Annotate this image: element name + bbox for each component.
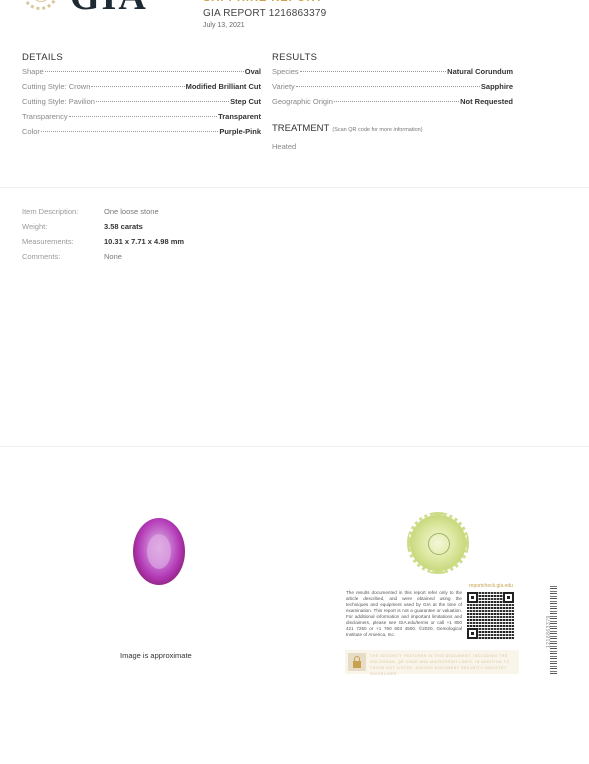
results-title: RESULTS — [272, 52, 513, 63]
detail-label: Color — [22, 127, 40, 136]
gia-hologram-seal-icon — [407, 512, 469, 574]
detail-value: Modified Brilliant Cut — [186, 82, 261, 91]
gia-seal-logo-icon — [22, 0, 58, 10]
reportcheck-link[interactable]: reportcheck.gia.edu — [469, 583, 513, 589]
detail-value: Oval — [245, 67, 261, 76]
details-section: DETAILS ShapeOval Cutting Style: CrownMo… — [22, 52, 261, 142]
info-value: None — [104, 252, 122, 267]
report-date: July 13, 2021 — [203, 22, 245, 29]
disclaimer-text: The results documented in this report re… — [346, 590, 462, 638]
security-notice: The security features in this document, … — [345, 650, 519, 674]
divider — [0, 446, 589, 447]
security-text: The security features in this document, … — [370, 653, 516, 677]
info-value: One loose stone — [104, 207, 159, 222]
barcode-number: 1216863379 — [546, 615, 552, 648]
detail-row-transparency: TransparencyTransparent — [22, 112, 261, 127]
treatment-title: TREATMENT — [272, 123, 329, 134]
report-number: GIA REPORT 1216863379 — [203, 8, 326, 19]
report-type: SAPPHIRE REPORT — [203, 0, 323, 4]
qr-finder-icon — [503, 592, 514, 603]
result-row-origin: Geographic OriginNot Requested — [272, 97, 513, 112]
treatment-heading: TREATMENT(Scan QR code for more informat… — [272, 118, 513, 136]
info-value: 3.58 carats — [104, 222, 143, 237]
info-label: Item Description: — [22, 207, 104, 222]
result-row-variety: VarietySapphire — [272, 82, 513, 97]
qr-code-icon[interactable] — [467, 592, 514, 639]
item-info: Item Description: One loose stone Weight… — [22, 207, 184, 267]
results-section: RESULTS SpeciesNatural Corundum VarietyS… — [272, 52, 513, 151]
result-row-species: SpeciesNatural Corundum — [272, 67, 513, 82]
detail-value: Transparent — [218, 112, 261, 121]
detail-value: Step Cut — [230, 97, 261, 106]
detail-row-crown: Cutting Style: CrownModified Brilliant C… — [22, 82, 261, 97]
result-value: Natural Corundum — [447, 67, 513, 76]
treatment-note: (Scan QR code for more information) — [332, 127, 422, 133]
info-label: Comments: — [22, 252, 104, 267]
treatment-value: Heated — [272, 142, 513, 151]
divider — [0, 187, 589, 188]
detail-value: Purple-Pink — [219, 127, 261, 136]
info-label: Measurements: — [22, 237, 104, 252]
lock-icon — [348, 653, 366, 671]
qr-finder-icon — [467, 628, 478, 639]
info-value: 10.31 x 7.71 x 4.98 mm — [104, 237, 184, 252]
info-row-weight: Weight: 3.58 carats — [22, 222, 184, 237]
result-label: Geographic Origin — [272, 97, 333, 106]
gia-logo: GIA — [70, 0, 148, 16]
qr-finder-icon — [467, 592, 478, 603]
result-value: Not Requested — [460, 97, 513, 106]
detail-label: Cutting Style: Pavilion — [22, 97, 95, 106]
result-value: Sapphire — [481, 82, 513, 91]
detail-label: Cutting Style: Crown — [22, 82, 90, 91]
detail-label: Shape — [22, 67, 44, 76]
gemstone-image — [133, 518, 185, 585]
result-label: Variety — [272, 82, 295, 91]
info-row-description: Item Description: One loose stone — [22, 207, 184, 222]
details-title: DETAILS — [22, 52, 261, 63]
info-label: Weight: — [22, 222, 104, 237]
detail-row-pavilion: Cutting Style: PavilionStep Cut — [22, 97, 261, 112]
result-label: Species — [272, 67, 299, 76]
detail-row-color: ColorPurple-Pink — [22, 127, 261, 142]
detail-row-shape: ShapeOval — [22, 67, 261, 82]
info-row-measurements: Measurements: 10.31 x 7.71 x 4.98 mm — [22, 237, 184, 252]
info-row-comments: Comments: None — [22, 252, 184, 267]
detail-label: Transparency — [22, 112, 68, 121]
image-caption: Image is approximate — [120, 651, 192, 660]
